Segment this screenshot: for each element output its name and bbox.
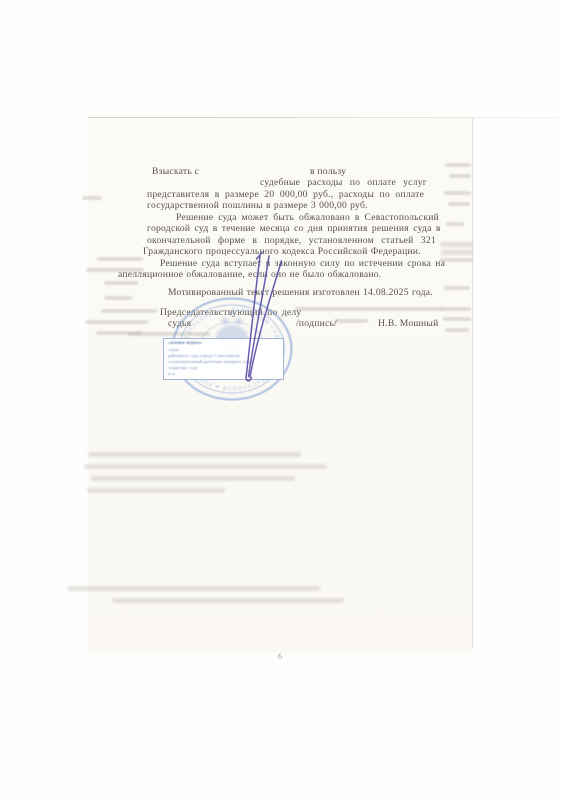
judgment-text-line: Взыскать с <box>152 166 199 177</box>
judgment-text-line: окончательной форме в порядке, установле… <box>147 235 436 246</box>
bleedthrough-mark <box>82 196 102 200</box>
stamp-certification-box: «копия верна» судья районного суда город… <box>163 338 284 380</box>
bleedthrough-mark <box>85 320 148 324</box>
bleedthrough-mark <box>443 317 471 321</box>
bleedthrough-mark <box>446 222 464 226</box>
bleedthrough-mark <box>445 163 471 167</box>
bleedthrough-mark <box>295 307 443 311</box>
judgment-text-line: судебные расходы по оплате услуг <box>260 177 427 188</box>
judge-title: судья <box>168 318 191 329</box>
bleedthrough-mark <box>334 319 368 323</box>
scanned-court-document-page: Взыскать с в пользу судебные расходы по … <box>0 0 566 800</box>
page-number: 6 <box>278 652 282 661</box>
judgment-text-line: представителя в размере 20 000,00 руб., … <box>147 189 424 200</box>
bleedthrough-mark <box>88 452 301 457</box>
judgment-text-line: государственной пошлины в размере 3 000,… <box>147 200 368 211</box>
judgment-text-line: Решение суда может быть обжаловано в Сев… <box>176 212 439 223</box>
bleedthrough-mark <box>112 598 344 603</box>
bleedthrough-mark <box>68 586 320 591</box>
scan-edge-right <box>472 118 473 649</box>
bleedthrough-mark <box>84 464 327 469</box>
bleedthrough-mark <box>441 307 471 311</box>
bleedthrough-mark <box>448 202 470 206</box>
bleedthrough-mark <box>444 191 471 195</box>
judgment-text-line: городской суд в течение месяца со дня пр… <box>147 223 441 234</box>
bleedthrough-mark <box>101 309 157 313</box>
bleedthrough-mark <box>440 242 473 247</box>
judge-name: Н.В. Мошный <box>378 318 438 329</box>
judgment-text-line: в пользу <box>310 166 346 177</box>
judgment-text-line: апелляционное обжалование, если оно не б… <box>118 269 381 280</box>
presiding-judge-line: Председательствующий по делу <box>160 307 301 318</box>
bleedthrough-mark <box>104 296 132 300</box>
scan-edge-top <box>88 117 558 118</box>
bleedthrough-mark <box>87 488 225 493</box>
bleedthrough-mark <box>449 174 471 178</box>
certification-line: м.п. <box>168 371 279 377</box>
judgment-text-line: Мотивированный текст решения изготовлен … <box>168 287 433 298</box>
bleedthrough-mark <box>97 257 143 261</box>
bleedthrough-mark <box>104 281 138 285</box>
bleedthrough-mark <box>91 476 295 481</box>
bleedthrough-mark <box>445 328 469 332</box>
bleedthrough-mark <box>128 332 210 336</box>
signature-placeholder: /подпись/ <box>296 318 337 329</box>
bleedthrough-mark <box>444 286 470 290</box>
judgment-text-line: Гражданского процессуального кодекса Рос… <box>143 246 421 257</box>
judgment-text-line: Решение суда вступает в законную силу по… <box>160 258 445 269</box>
bleedthrough-mark <box>441 250 473 255</box>
